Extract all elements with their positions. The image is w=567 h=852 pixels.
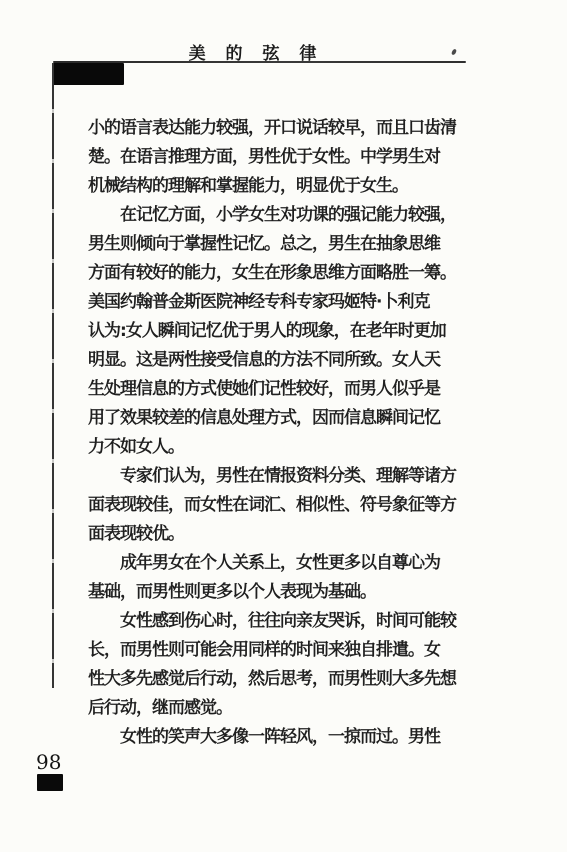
- text-line: 女性感到伤心时，往往向亲友哭诉，时间可能较: [88, 607, 470, 636]
- text-line: 生处理信息的方式使她们记性较好，而男人似乎是: [88, 375, 470, 404]
- text-line: 在记忆方面，小学女生对功课的强记能力较强，: [88, 201, 470, 230]
- text-line: 美国约翰普金斯医院神经专科专家玛姬特·卜利克: [88, 288, 470, 317]
- text-line: 后行动，继而感觉。: [88, 694, 470, 723]
- text-line: 性大多先感觉后行动，然后思考，而男性则大多先想: [88, 665, 470, 694]
- text-line: 认为:女人瞬间记忆优于男人的现象，在老年时更加: [88, 317, 470, 346]
- scanned-book-page: 美 的 弦 律 小的语言表达能力较强，开口说话较早，而且口齿清 楚。在语言推理方…: [0, 0, 567, 852]
- text-line: 用了效果较差的信息处理方式，因而信息瞬间记忆: [88, 404, 470, 433]
- text-line: 机械结构的理解和掌握能力，明显优于女生。: [88, 172, 470, 201]
- text-line: 专家们认为，男性在情报资料分类、理解等诸方: [88, 462, 470, 491]
- text-line: 明显。这是两性接受信息的方法不同所致。女人天: [88, 346, 470, 375]
- text-line: 女性的笑声大多像一阵轻风，一掠而过。男性: [88, 723, 470, 752]
- ink-blot-bottom: [37, 774, 63, 791]
- text-line: 小的语言表达能力较强，开口说话较早，而且口齿清: [88, 114, 470, 143]
- page-number: 98: [36, 750, 61, 774]
- text-line: 长，而男性则可能会用同样的时间来独自排遣。女: [88, 636, 470, 665]
- text-line: 面表现较佳，而女性在词汇、相似性、符号象征等方: [88, 491, 470, 520]
- text-line: 力不如女人。: [88, 433, 470, 462]
- text-line: 基础，而男性则更多以个人表现为基础。: [88, 578, 470, 607]
- text-line: 楚。在语言推理方面，男性优于女性。中学男生对: [88, 143, 470, 172]
- text-line: 面表现较优。: [88, 520, 470, 549]
- text-line: 方面有较好的能力，女生在形象思维方面略胜一筹。: [88, 259, 470, 288]
- text-line: 成年男女在个人关系上，女性更多以自尊心为: [88, 549, 470, 578]
- left-margin-line: [52, 63, 54, 688]
- text-line: 男生则倾向于掌握性记忆。总之，男生在抽象思维: [88, 230, 470, 259]
- body-text: 小的语言表达能力较强，开口说话较早，而且口齿清 楚。在语言推理方面，男性优于女性…: [88, 114, 470, 752]
- ink-blot-top: [52, 63, 124, 85]
